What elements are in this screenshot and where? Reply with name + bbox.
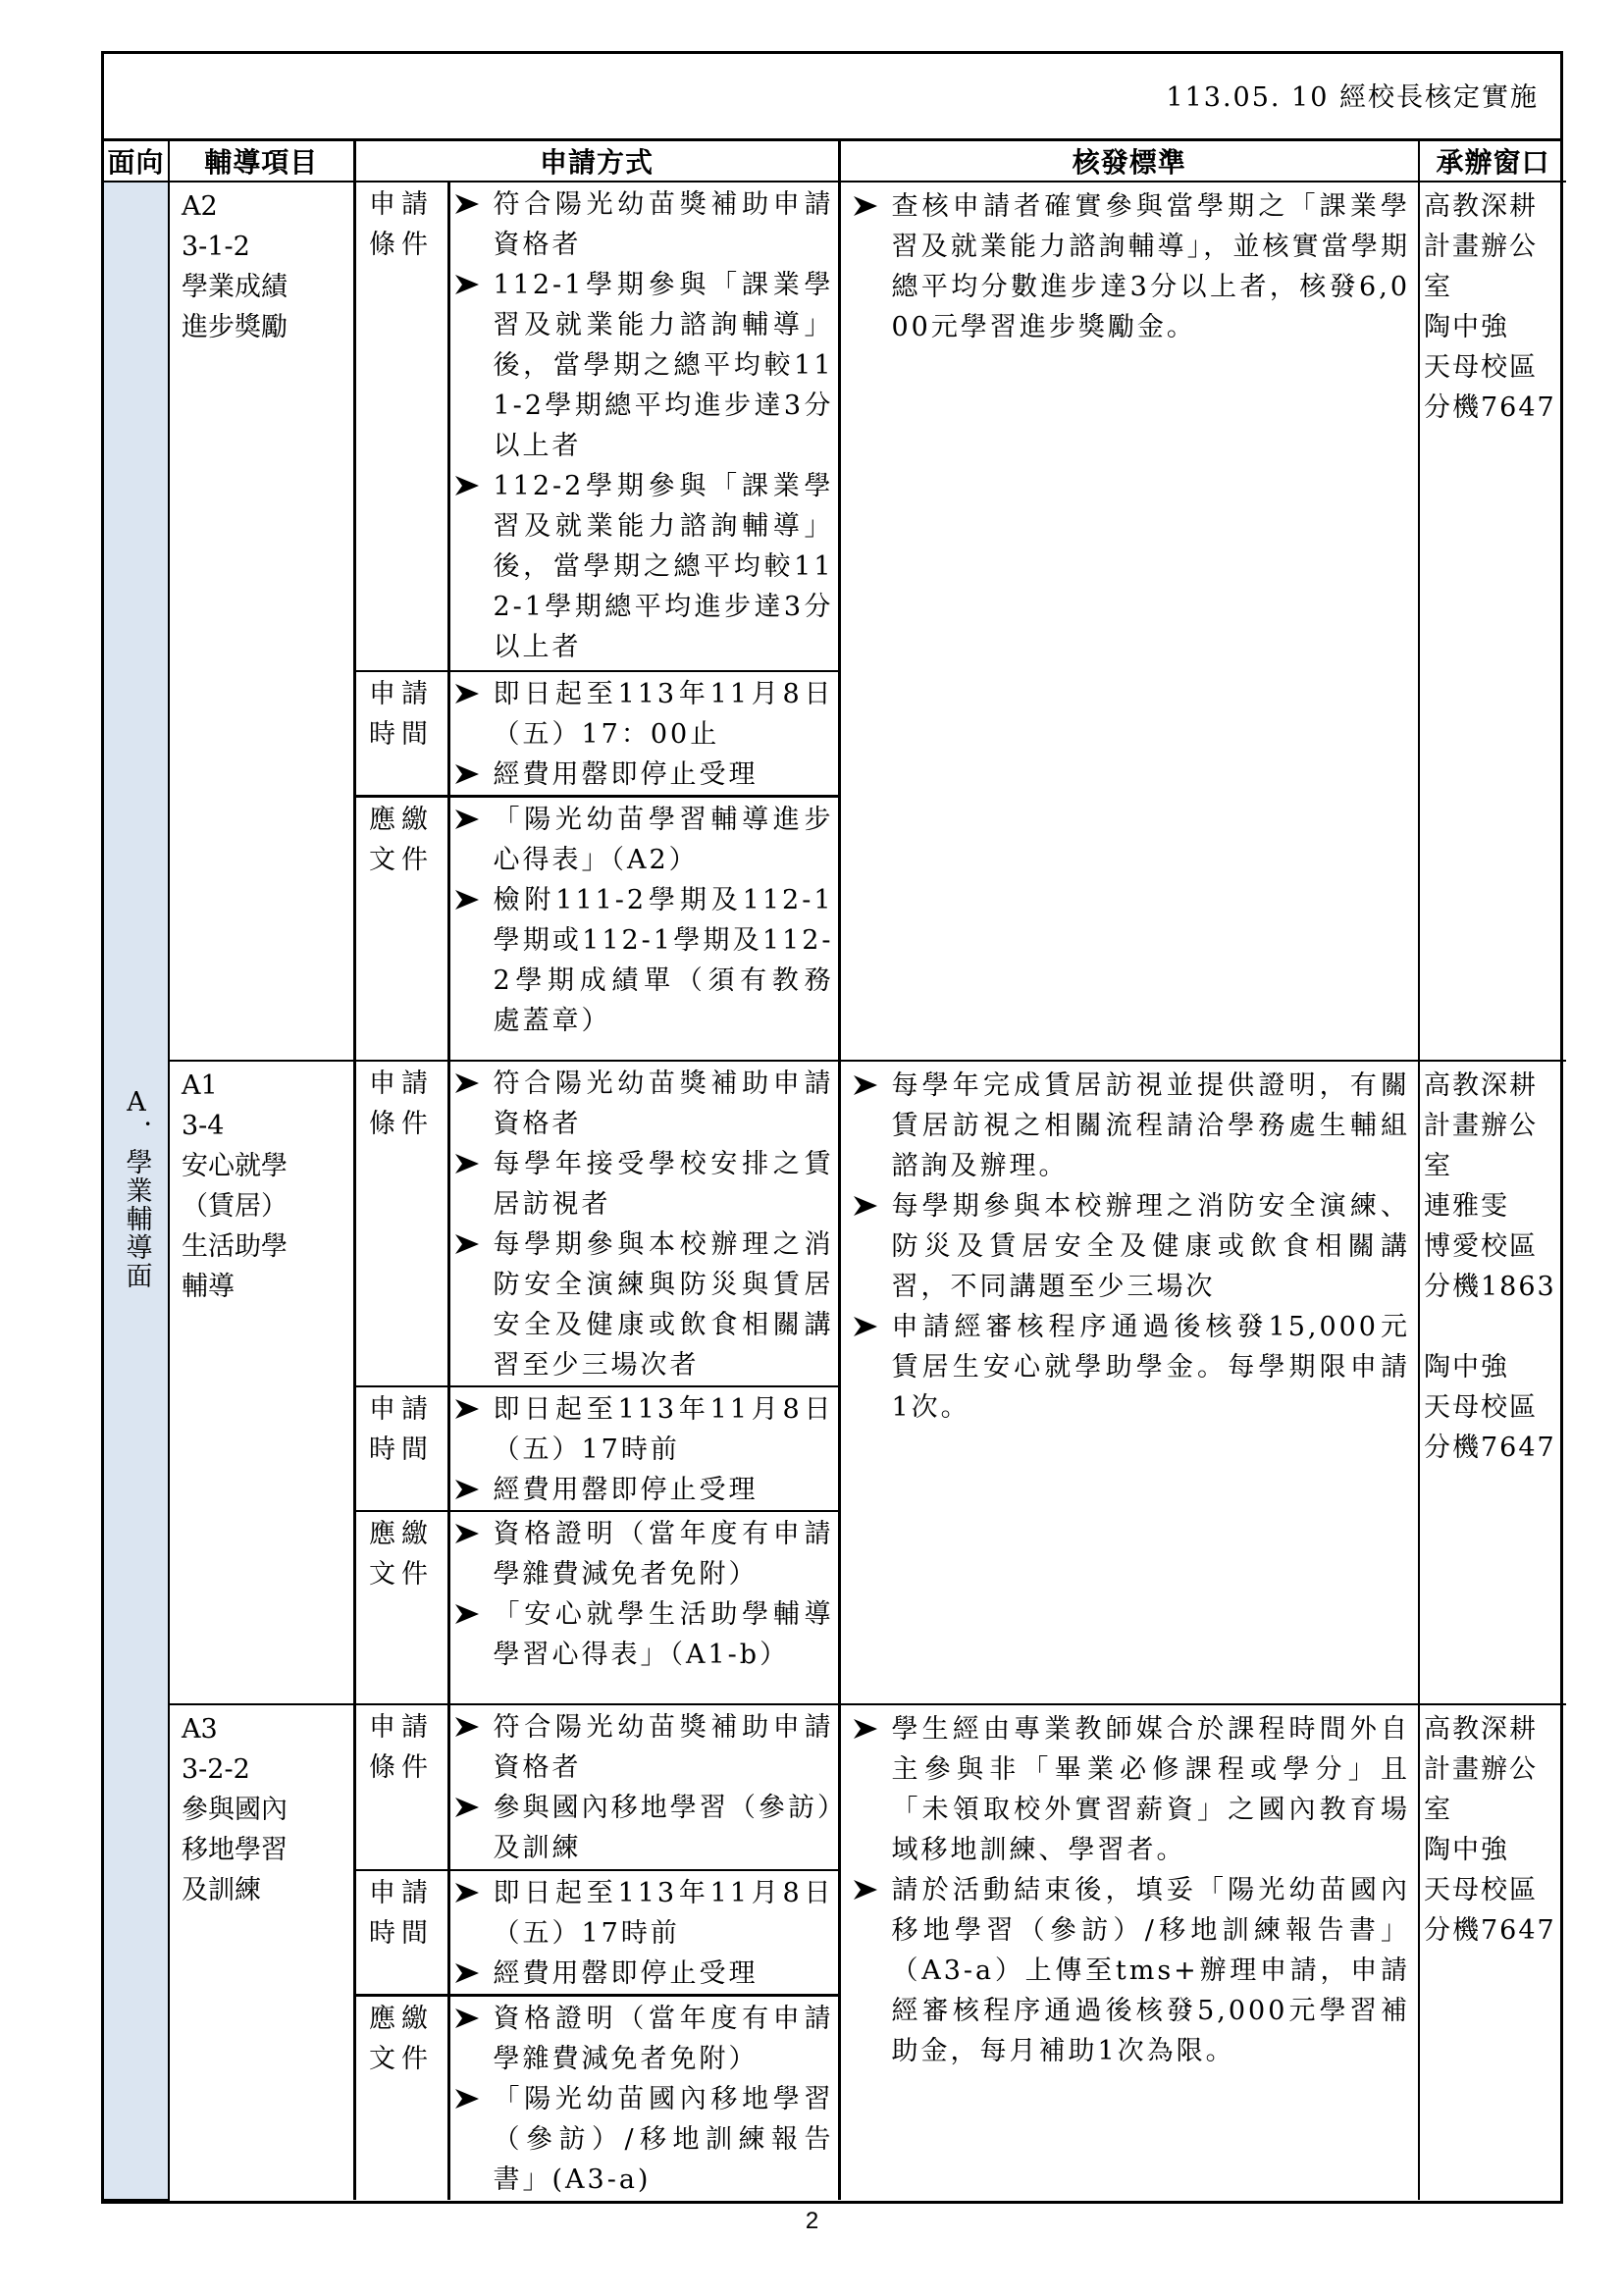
method-label: 申請時間 <box>356 671 449 797</box>
contact-line: 計畫辦公 <box>1424 1749 1562 1790</box>
method-content: 資格證明（當年度有申請學雜費減免者免附） 「安心就學生活助學輔導學習心得表」（A… <box>448 1511 838 1703</box>
contact-campus: 天母校區 <box>1424 1870 1562 1910</box>
approval-header: 113.05. 10 經校長核定實施 <box>104 54 1560 141</box>
bullet-item: 經費用罄即停止受理 <box>454 755 834 795</box>
arrow-bullet-icon <box>454 1233 480 1255</box>
method-subtable: 申請條件 符合陽光幼苗獎補助申請資格者 參與國內移地學習（參訪）及訓練 申請時間 <box>356 1705 838 2200</box>
item-number: 3-4 <box>182 1106 343 1146</box>
item-number: 3-2-2 <box>182 1749 343 1790</box>
header-standard: 核發標準 <box>839 141 1419 182</box>
contact-spacer <box>1424 1307 1562 1347</box>
arrow-bullet-icon <box>853 1879 878 1901</box>
bullet-item: 符合陽光幼苗獎補助申請資格者 <box>454 1707 834 1788</box>
arrow-bullet-icon <box>454 1882 480 1904</box>
method-content: 資格證明（當年度有申請學雜費減免者免附） 「陽光幼苗國內移地學習（參訪）/移地訓… <box>448 1996 838 2201</box>
item-title-line: （賃居） <box>182 1186 343 1226</box>
method-label: 申請條件 <box>356 1062 449 1386</box>
method-label: 應繳文件 <box>356 797 449 1060</box>
arrow-bullet-icon <box>454 2008 480 2029</box>
arrow-bullet-icon <box>853 195 878 217</box>
document-table-frame: 113.05. 10 經校長核定實施 面向 輔導項目 申請方式 核發標準 承辦窗… <box>101 51 1563 2204</box>
bullet-item: 112-1學期參與「課業學習及就業能力諮詢輔導」後，當學期之總平均較111-2學… <box>454 265 834 466</box>
table-row: A．學業輔導面 A2 3-1-2 學業成績 進步獎勵 申請條件 符合陽光幼苗獎補… <box>104 182 1566 1061</box>
bullet-item: 「陽光幼苗國內移地學習（參訪）/移地訓練報告書」(A3-a) <box>454 2079 834 2200</box>
item-cell: A1 3-4 安心就學 （賃居） 生活助學 輔導 <box>169 1061 354 1704</box>
method-content: 即日起至113年11月8日（五）17：00止 經費用罄即停止受理 <box>448 671 838 797</box>
item-code: A1 <box>182 1066 343 1106</box>
face-label: A．學業輔導面 <box>116 1087 157 1290</box>
item-title-line: 生活助學 <box>182 1226 343 1267</box>
item-title-line: 輔導 <box>182 1267 343 1307</box>
method-content: 符合陽光幼苗獎補助申請資格者 參與國內移地學習（參訪）及訓練 <box>448 1705 838 1870</box>
method-label: 申請時間 <box>356 1870 449 1996</box>
table-row: A3 3-2-2 參與國內 移地學習 及訓練 申請條件 符合陽光幼苗獎補助申請資… <box>104 1704 1566 2200</box>
contact-line: 室 <box>1424 1146 1562 1186</box>
bullet-item: 檢附111-2學期及112-1學期或112-1學期及112-2學期成績單（須有教… <box>454 880 834 1041</box>
contact-campus: 天母校區 <box>1424 347 1562 388</box>
contact-extension: 分機7647 <box>1424 388 1562 428</box>
method-label: 應繳文件 <box>356 1511 449 1703</box>
arrow-bullet-icon <box>853 1316 878 1337</box>
header-contact: 承辦窗口 <box>1419 141 1566 182</box>
arrow-bullet-icon <box>454 889 480 911</box>
arrow-bullet-icon <box>454 1153 480 1174</box>
arrow-bullet-icon <box>454 808 480 830</box>
contact-cell: 高教深耕 計畫辦公 室 陶中強 天母校區 分機7647 <box>1419 1704 1566 2200</box>
bullet-item: 符合陽光幼苗獎補助申請資格者 <box>454 1064 834 1144</box>
arrow-bullet-icon <box>454 274 480 295</box>
face-cell: A．學業輔導面 <box>104 182 169 2200</box>
method-label: 應繳文件 <box>356 1996 449 2201</box>
bullet-item: 即日起至113年11月8日（五）17時前 <box>454 1873 834 1954</box>
bullet-item: 資格證明（當年度有申請學雜費減免者免附） <box>454 1514 834 1594</box>
contact-line: 室 <box>1424 267 1562 307</box>
contact-line: 高教深耕 <box>1424 1709 1562 1749</box>
contact-cell: 高教深耕 計畫辦公 室 陶中強 天母校區 分機7647 <box>1419 182 1566 1061</box>
arrow-bullet-icon <box>454 1603 480 1625</box>
bullet-item: 符合陽光幼苗獎補助申請資格者 <box>454 184 834 265</box>
contact-line: 高教深耕 <box>1424 186 1562 227</box>
header-method: 申請方式 <box>354 141 839 182</box>
bullet-item: 每學期參與本校辦理之消防安全演練、防災及賃居安全及健康或飲食相關講習，不同講題至… <box>853 1186 1411 1307</box>
arrow-bullet-icon <box>853 1718 878 1740</box>
contact-extension: 分機1863 <box>1424 1267 1562 1307</box>
bullet-item: 「安心就學生活助學輔導學習心得表」（A1-b） <box>454 1594 834 1675</box>
contact-extension: 分機7647 <box>1424 1428 1562 1468</box>
method-content: 「陽光幼苗學習輔導進步心得表」（A2） 檢附111-2學期及112-1學期或11… <box>448 797 838 1060</box>
item-code: A2 <box>182 186 343 227</box>
item-title-line: 及訓練 <box>182 1870 343 1910</box>
subsidy-table: 面向 輔導項目 申請方式 核發標準 承辦窗口 A．學業輔導面 A2 3-1-2 … <box>104 141 1566 2201</box>
contact-line: 計畫辦公 <box>1424 1106 1562 1146</box>
contact-person: 陶中強 <box>1424 1347 1562 1387</box>
arrow-bullet-icon <box>454 1479 480 1500</box>
item-code: A3 <box>182 1709 343 1749</box>
contact-line: 計畫辦公 <box>1424 227 1562 267</box>
method-label: 申請時間 <box>356 1386 449 1511</box>
page-number: 2 <box>0 2208 1624 2235</box>
arrow-bullet-icon <box>454 1716 480 1738</box>
item-title-line: 移地學習 <box>182 1830 343 1870</box>
bullet-item: 請於活動結束後，填妥「陽光幼苗國內移地學習（參訪）/移地訓練報告書」（A3-a）… <box>853 1870 1411 2071</box>
method-cell: 申請條件 符合陽光幼苗獎補助申請資格者 參與國內移地學習（參訪）及訓練 申請時間 <box>354 1704 839 2200</box>
arrow-bullet-icon <box>454 1797 480 1818</box>
table-header-row: 面向 輔導項目 申請方式 核發標準 承辦窗口 <box>104 141 1566 182</box>
contact-cell: 高教深耕 計畫辦公 室 連雅雯 博愛校區 分機1863 陶中強 天母校區 分機7… <box>1419 1061 1566 1704</box>
bullet-item: 經費用罄即停止受理 <box>454 1954 834 1994</box>
arrow-bullet-icon <box>454 763 480 785</box>
method-label: 申請條件 <box>356 183 449 671</box>
bullet-item: 「陽光幼苗學習輔導進步心得表」（A2） <box>454 800 834 880</box>
arrow-bullet-icon <box>454 1072 480 1094</box>
bullet-item: 即日起至113年11月8日（五）17時前 <box>454 1389 834 1470</box>
bullet-item: 即日起至113年11月8日（五）17：00止 <box>454 674 834 755</box>
method-content: 即日起至113年11月8日（五）17時前 經費用罄即停止受理 <box>448 1870 838 1996</box>
contact-person: 陶中強 <box>1424 1830 1562 1870</box>
method-content: 符合陽光幼苗獎補助申請資格者 112-1學期參與「課業學習及就業能力諮詢輔導」後… <box>448 183 838 671</box>
bullet-item: 經費用罄即停止受理 <box>454 1470 834 1510</box>
contact-campus: 天母校區 <box>1424 1387 1562 1428</box>
arrow-bullet-icon <box>454 475 480 496</box>
table-row: A1 3-4 安心就學 （賃居） 生活助學 輔導 申請條件 符合陽光幼苗獎補助申… <box>104 1061 1566 1704</box>
arrow-bullet-icon <box>454 1398 480 1420</box>
method-cell: 申請條件 符合陽光幼苗獎補助申請資格者 每學年接受學校安排之賃居訪視者 每學期參… <box>354 1061 839 1704</box>
bullet-item: 參與國內移地學習（參訪）及訓練 <box>454 1788 834 1868</box>
item-title-line: 安心就學 <box>182 1146 343 1186</box>
arrow-bullet-icon <box>454 683 480 704</box>
bullet-item: 學生經由專業教師媒合於課程時間外自主參與非「畢業必修課程或學分」且「未領取校外實… <box>853 1709 1411 1870</box>
contact-line: 高教深耕 <box>1424 1066 1562 1106</box>
arrow-bullet-icon <box>853 1195 878 1217</box>
item-title-line: 參與國內 <box>182 1790 343 1830</box>
item-cell: A3 3-2-2 參與國內 移地學習 及訓練 <box>169 1704 354 2200</box>
standard-cell: 學生經由專業教師媒合於課程時間外自主參與非「畢業必修課程或學分」且「未領取校外實… <box>839 1704 1419 2200</box>
bullet-item: 申請經審核程序通過後核發15,000元賃居生安心就學助學金。每學期限申請1次。 <box>853 1307 1411 1428</box>
bullet-item: 每學年完成賃居訪視並提供證明，有關賃居訪視之相關流程請洽學務處生輔組諮詢及辦理。 <box>853 1066 1411 1186</box>
method-subtable: 申請條件 符合陽光幼苗獎補助申請資格者 每學年接受學校安排之賃居訪視者 每學期參… <box>356 1062 838 1703</box>
item-title-line: 進步獎勵 <box>182 307 343 347</box>
arrow-bullet-icon <box>454 193 480 215</box>
contact-campus: 博愛校區 <box>1424 1226 1562 1267</box>
method-cell: 申請條件 符合陽光幼苗獎補助申請資格者 112-1學期參與「課業學習及就業能力諮… <box>354 182 839 1061</box>
arrow-bullet-icon <box>454 2088 480 2110</box>
bullet-item: 每學年接受學校安排之賃居訪視者 <box>454 1144 834 1225</box>
arrow-bullet-icon <box>853 1074 878 1096</box>
standard-cell: 每學年完成賃居訪視並提供證明，有關賃居訪視之相關流程請洽學務處生輔組諮詢及辦理。… <box>839 1061 1419 1704</box>
bullet-item: 每學期參與本校辦理之消防安全演練與防災與賃居安全及健康或飲食相關講習至少三場次者 <box>454 1225 834 1385</box>
standard-cell: 查核申請者確實參與當學期之「課業學習及就業能力諮詢輔導」，並核實當學期總平均分數… <box>839 182 1419 1061</box>
contact-person: 陶中強 <box>1424 307 1562 347</box>
bullet-item: 112-2學期參與「課業學習及就業能力諮詢輔導」後，當學期之總平均較112-1學… <box>454 466 834 667</box>
method-label: 申請條件 <box>356 1705 449 1870</box>
arrow-bullet-icon <box>454 1962 480 1984</box>
item-cell: A2 3-1-2 學業成績 進步獎勵 <box>169 182 354 1061</box>
method-content: 符合陽光幼苗獎補助申請資格者 每學年接受學校安排之賃居訪視者 每學期參與本校辦理… <box>448 1062 838 1386</box>
header-item: 輔導項目 <box>169 141 354 182</box>
contact-extension: 分機7647 <box>1424 1910 1562 1951</box>
bullet-item: 查核申請者確實參與當學期之「課業學習及就業能力諮詢輔導」，並核實當學期總平均分數… <box>853 186 1411 347</box>
approval-note: 113.05. 10 經校長核定實施 <box>1166 76 1539 114</box>
contact-line: 室 <box>1424 1790 1562 1830</box>
method-content: 即日起至113年11月8日（五）17時前 經費用罄即停止受理 <box>448 1386 838 1511</box>
bullet-item: 資格證明（當年度有申請學雜費減免者免附） <box>454 1999 834 2079</box>
header-face: 面向 <box>104 141 169 182</box>
contact-person: 連雅雯 <box>1424 1186 1562 1226</box>
arrow-bullet-icon <box>454 1523 480 1544</box>
item-title-line: 學業成績 <box>182 267 343 307</box>
item-number: 3-1-2 <box>182 227 343 267</box>
method-subtable: 申請條件 符合陽光幼苗獎補助申請資格者 112-1學期參與「課業學習及就業能力諮… <box>356 183 838 1060</box>
